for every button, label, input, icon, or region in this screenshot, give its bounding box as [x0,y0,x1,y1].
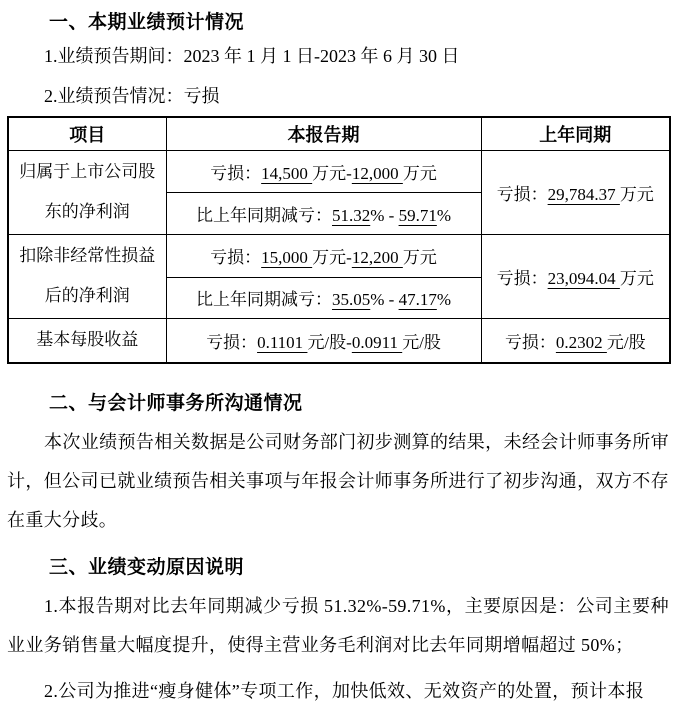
net-profit-yoy-change-cell: 比上年同期减亏：51.32% - 59.71% [166,192,481,234]
col-header-prior-period: 上年同期 [481,117,670,150]
table-header-row: 项目 本报告期 上年同期 [8,117,670,150]
table-row: 基本每股收益 亏损：0.1101 元/股-0.0911 元/股 亏损：0.230… [8,318,670,363]
forecast-period-line: 1.业绩预告期间：2023 年 1 月 1 日-2023 年 6 月 30 日 [7,36,669,76]
net-profit-current-loss-cell: 亏损：14,500 万元-12,000 万元 [166,150,481,192]
section-2-heading: 二、与会计师事务所沟通情况 [7,391,669,417]
excl-nonrecurring-current-loss-cell: 亏损：15,000 万元-12,200 万元 [166,234,481,277]
section-3-heading: 三、业绩变动原因说明 [7,555,669,581]
section-1-heading: 一、本期业绩预计情况 [7,10,669,36]
performance-forecast-table: 项目 本报告期 上年同期 归属于上市公司股东的净利润 亏损：14,500 万元-… [7,116,671,364]
net-profit-prior-loss-cell: 亏损：29,784.37 万元 [481,150,670,234]
change-reason-paragraph-1: 1.本报告期对比去年同期减少亏损 51.32%-59.71%，主要原因是：公司主… [7,587,669,666]
metric-name-net-profit-excl-nonrecurring: 扣除非经常性损益后的净利润 [8,234,166,318]
accountant-communication-paragraph: 本次业绩预告相关数据是公司财务部门初步测算的结果，未经会计师事务所审计，但公司已… [7,423,669,541]
metric-name-net-profit: 归属于上市公司股东的净利润 [8,150,166,234]
excl-nonrecurring-prior-loss-cell: 亏损：23,094.04 万元 [481,234,670,318]
change-reason-paragraph-2: 2.公司为推进“瘦身健体”专项工作，加快低效、无效资产的处置，预计本报 [7,672,669,712]
table-row: 扣除非经常性损益后的净利润 亏损：15,000 万元-12,200 万元 亏损：… [8,234,670,277]
document-page: 一、本期业绩预计情况 1.业绩预告期间：2023 年 1 月 1 日-2023 … [0,0,690,712]
col-header-current-period: 本报告期 [166,117,481,150]
forecast-type-line: 2.业绩预告情况：亏损 [7,76,669,116]
col-header-item: 项目 [8,117,166,150]
excl-nonrecurring-yoy-change-cell: 比上年同期减亏：35.05% - 47.17% [166,277,481,318]
basic-eps-prior-loss-cell: 亏损：0.2302 元/股 [481,318,670,363]
table-row: 归属于上市公司股东的净利润 亏损：14,500 万元-12,000 万元 亏损：… [8,150,670,192]
metric-name-basic-eps: 基本每股收益 [8,318,166,363]
basic-eps-current-loss-cell: 亏损：0.1101 元/股-0.0911 元/股 [166,318,481,363]
